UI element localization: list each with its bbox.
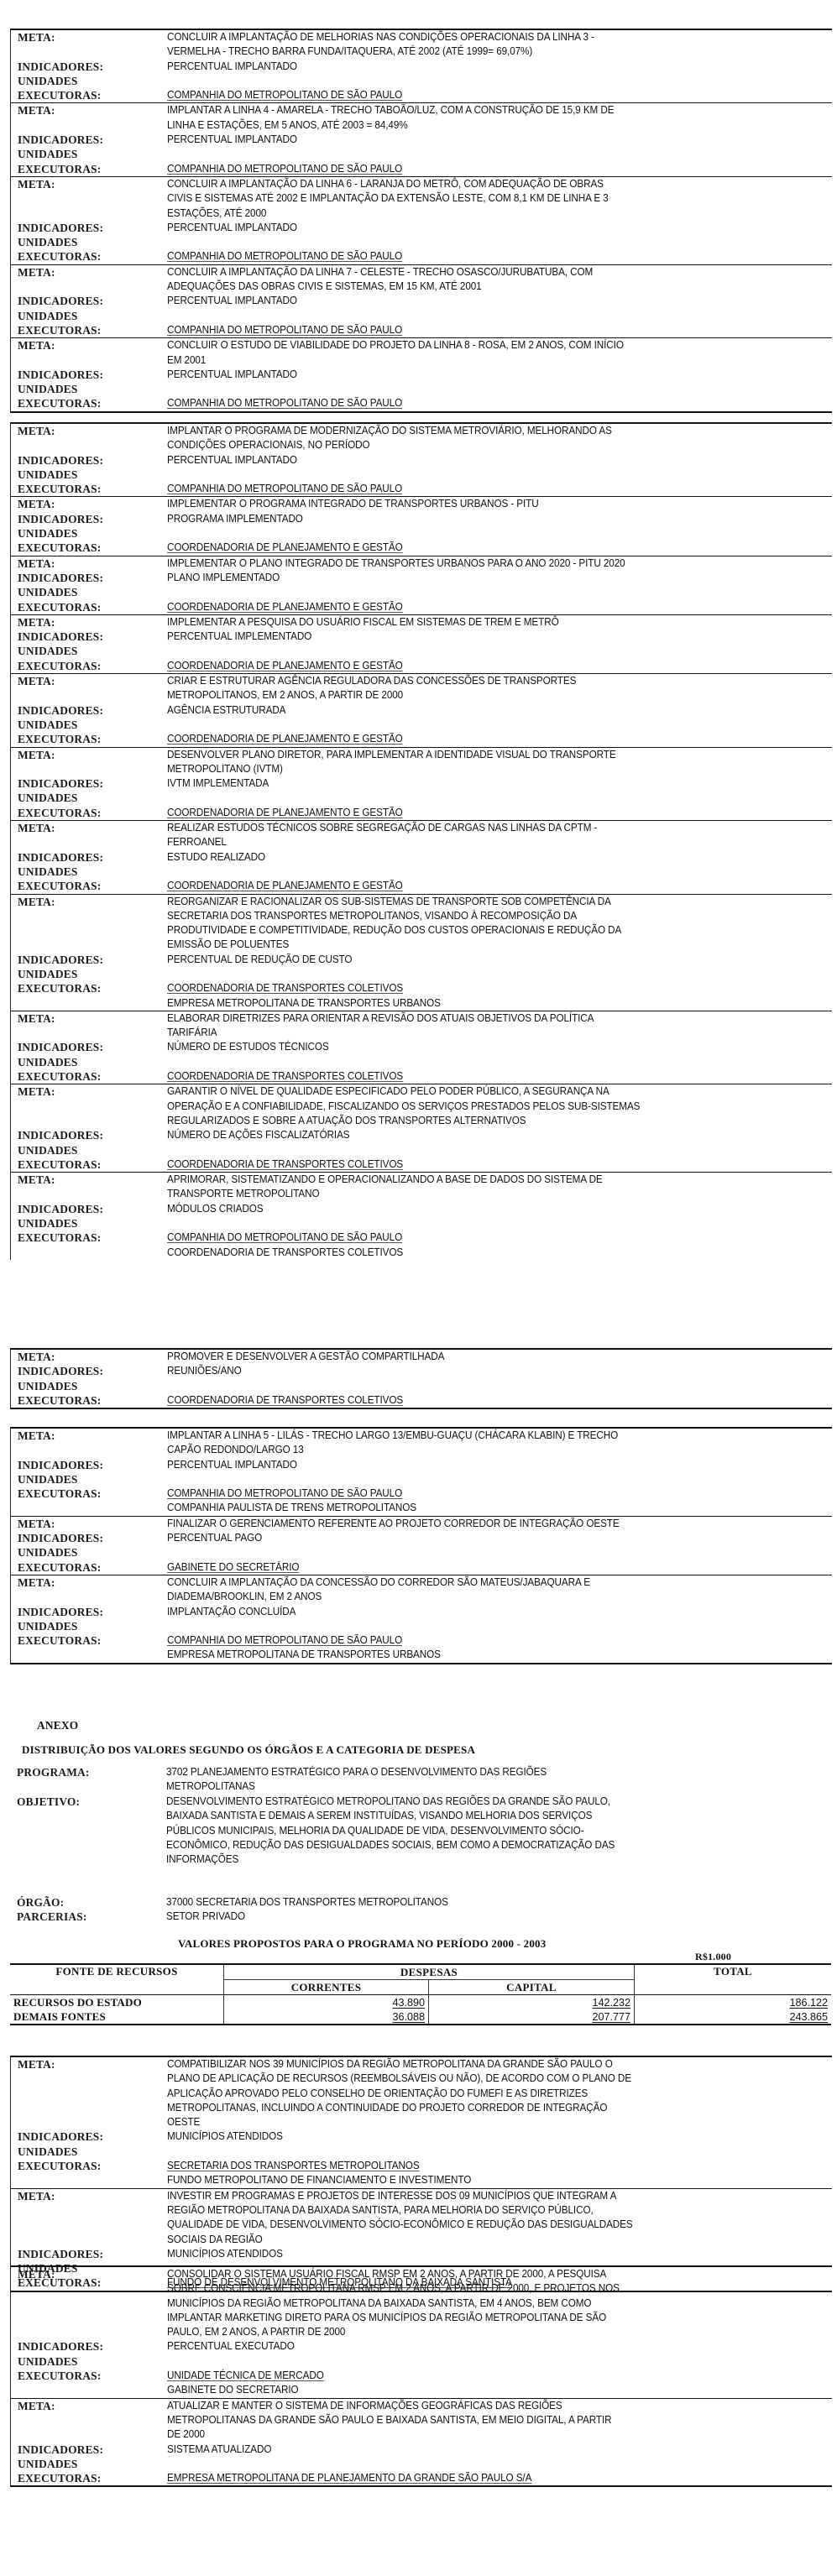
goal-entry: META:IMPLANTAR O PROGRAMA DE MODERNIZAÇÃ…	[11, 424, 832, 496]
goal-entry: META:IMPLEMENTAR A PESQUISA DO USUÁRIO F…	[11, 614, 832, 673]
goal-entry: META:IMPLEMENTAR O PLANO INTEGRADO DE TR…	[11, 556, 832, 614]
currency-unit: R$1.000	[695, 1951, 731, 1963]
indicadores-value: MÓDULOS CRIADOS	[167, 1202, 786, 1216]
indicadores-label: INDICADORES:	[11, 368, 167, 382]
meta-row: META:APRIMORAR, SISTEMATIZANDO E OPERACI…	[11, 1173, 832, 1202]
unidades-row: UNIDADES	[11, 1143, 832, 1157]
goal-entry: META:CONCLUIR O ESTUDO DE VIABILIDADE DO…	[11, 337, 832, 410]
meta-row: META:REORGANIZAR E RACIONALIZAR OS SUB-S…	[11, 895, 832, 953]
meta-label: META:	[11, 1173, 167, 1187]
unidades-label: UNIDADES	[11, 468, 167, 482]
unidades-label: UNIDADES	[11, 644, 167, 658]
meta-row: META:CONSOLIDAR O SISTEMA USUÁRIO FISCAL…	[11, 2267, 832, 2339]
anexo-subtitle: DISTRIBUIÇÃO DOS VALORES SEGUNDO OS ÓRGÃ…	[22, 1743, 475, 1757]
unidades-label: UNIDADES	[11, 2354, 167, 2369]
meta-label: META:	[11, 497, 167, 511]
meta-label: META:	[11, 1011, 167, 1026]
executoras-value: COORDENADORIA DE PLANEJAMENTO E GESTÃO	[167, 600, 786, 614]
executoras-label: EXECUTORAS:	[11, 162, 167, 176]
indicadores-row: INDICADORES:PERCENTUAL IMPLANTADO	[11, 133, 832, 147]
programa-value: 3702 PLANEJAMENTO ESTRATÉGICO PARA O DES…	[166, 1765, 786, 1795]
goal-entry: META:DESENVOLVER PLANO DIRETOR, PARA IMP…	[11, 747, 832, 820]
header-fonte: FONTE DE RECURSOS	[10, 1964, 224, 1995]
meta-row: META:IMPLANTAR A LINHA 4 - AMARELA - TRE…	[11, 103, 832, 133]
indicadores-label: INDICADORES:	[11, 630, 167, 644]
meta-label: META:	[11, 748, 167, 762]
indicadores-row: INDICADORES:PERCENTUAL IMPLEMENTADO	[11, 630, 832, 644]
meta-label: META:	[11, 821, 167, 835]
executoras-row: EXECUTORAS:COMPANHIA DO METROPOLITANO DE…	[11, 88, 832, 102]
meta-row: META:CONCLUIR A IMPLANTAÇÃO DA LINHA 6 -…	[11, 177, 832, 221]
executoras-row: EXECUTORAS:COORDENADORIA DE PLANEJAMENTO…	[11, 732, 832, 746]
header-despesas: DESPESAS	[224, 1964, 635, 1980]
executoras-value: EMPRESA METROPOLITANA DE PLANEJAMENTO DA…	[167, 2471, 786, 2485]
executoras-row: EXECUTORAS:COORDENADORIA DE PLANEJAMENTO…	[11, 600, 832, 614]
indicadores-value: PERCENTUAL IMPLANTADO	[167, 221, 786, 235]
meta-row: META:DESENVOLVER PLANO DIRETOR, PARA IMP…	[11, 748, 832, 777]
indicadores-row: INDICADORES:PERCENTUAL IMPLANTADO	[11, 368, 832, 382]
goals-block-information: META:CONSOLIDAR O SISTEMA USUÁRIO FISCAL…	[10, 2265, 832, 2487]
executoras-row: EXECUTORAS:COMPANHIA DO METROPOLITANO DE…	[11, 482, 832, 496]
indicadores-label: INDICADORES:	[11, 453, 167, 468]
indicadores-label: INDICADORES:	[11, 1202, 167, 1216]
meta-value: CONCLUIR A IMPLANTAÇÃO DA LINHA 7 - CELE…	[167, 265, 786, 295]
unidades-row: UNIDADES	[11, 147, 832, 161]
meta-label: META:	[11, 424, 167, 438]
unidades-label: UNIDADES	[11, 1379, 167, 1393]
indicadores-label: INDICADORES:	[11, 133, 167, 147]
meta-label: META:	[11, 265, 167, 280]
goal-entry: META:APRIMORAR, SISTEMATIZANDO E OPERACI…	[11, 1172, 832, 1260]
meta-value: PROMOVER E DESENVOLVER A GESTÃO COMPARTI…	[167, 1350, 786, 1364]
indicadores-label: INDICADORES:	[11, 953, 167, 967]
indicadores-label: INDICADORES:	[11, 2129, 167, 2144]
meta-value: CONCLUIR A IMPLANTAÇÃO DA CONCESSÃO DO C…	[167, 1575, 786, 1605]
unidades-label: UNIDADES	[11, 382, 167, 396]
meta-row: META:ATUALIZAR E MANTER O SISTEMA DE INF…	[11, 2399, 832, 2443]
meta-value: IMPLANTAR A LINHA 4 - AMARELA - TRECHO T…	[167, 103, 786, 133]
meta-row: META:IMPLANTAR O PROGRAMA DE MODERNIZAÇÃ…	[11, 424, 832, 453]
meta-label: META:	[11, 895, 167, 909]
indicadores-label: INDICADORES:	[11, 776, 167, 791]
unidades-row: UNIDADES	[11, 1055, 832, 1069]
indicadores-value: SISTEMA ATUALIZADO	[167, 2443, 786, 2457]
goal-entry: META:REALIZAR ESTUDOS TÉCNICOS SOBRE SEG…	[11, 820, 832, 893]
unidades-label: UNIDADES	[11, 309, 167, 323]
executoras-row: EXECUTORAS:GABINETE DO SECRETÁRIO	[11, 1560, 832, 1575]
indicadores-value: PERCENTUAL IMPLEMENTADO	[167, 630, 786, 644]
parcerias-value: SETOR PRIVADO	[166, 1910, 786, 1924]
parcerias-row: PARCERIAS: SETOR PRIVADO	[10, 1910, 833, 1924]
meta-value: CONCLUIR A IMPLANTAÇÃO DA LINHA 6 - LARA…	[167, 177, 786, 221]
header-correntes: CORRENTES	[224, 1980, 429, 1995]
executoras-label: EXECUTORAS:	[11, 323, 167, 337]
executoras-label: EXECUTORAS:	[11, 541, 167, 555]
indicadores-row: INDICADORES:MUNICÍPIOS ATENDIDOS	[11, 2129, 832, 2144]
objetivo-label: OBJETIVO:	[10, 1795, 166, 1867]
indicadores-value: PERCENTUAL IMPLANTADO	[167, 453, 786, 468]
goal-entry: META:ATUALIZAR E MANTER O SISTEMA DE INF…	[11, 2398, 832, 2486]
indicadores-value: PERCENTUAL IMPLANTADO	[167, 133, 786, 147]
executoras-label: EXECUTORAS:	[11, 1393, 167, 1408]
meta-row: META:CONCLUIR O ESTUDO DE VIABILIDADE DO…	[11, 338, 832, 368]
meta-value: IMPLEMENTAR A PESQUISA DO USUÁRIO FISCAL…	[167, 615, 786, 630]
unidades-label: UNIDADES	[11, 235, 167, 249]
objetivo-row: OBJETIVO: DESENVOLVIMENTO ESTRATÉGICO ME…	[10, 1795, 833, 1867]
unidades-row: UNIDADES	[11, 235, 832, 249]
goals-block-corridors: META:IMPLANTAR A LINHA 5 - LILÁS - TRECH…	[10, 1427, 832, 1664]
unidades-row: UNIDADES	[11, 74, 832, 88]
executoras-row: EXECUTORAS:COORDENADORIA DE TRANSPORTES …	[11, 1393, 832, 1408]
indicadores-row: INDICADORES:SISTEMA ATUALIZADO	[11, 2443, 832, 2457]
unidades-row: UNIDADES	[11, 718, 832, 732]
unidades-row: UNIDADES	[11, 1216, 832, 1231]
meta-value: FINALIZAR O GERENCIAMENTO REFERENTE AO P…	[167, 1517, 786, 1531]
executoras-value: COORDENADORIA DE PLANEJAMENTO E GESTÃO	[167, 879, 786, 893]
unidades-label: UNIDADES	[11, 147, 167, 161]
unidades-row: UNIDADES	[11, 1472, 832, 1487]
indicadores-row: INDICADORES:PERCENTUAL IMPLANTADO	[11, 1458, 832, 1472]
meta-value: ATUALIZAR E MANTER O SISTEMA DE INFORMAÇ…	[167, 2399, 786, 2443]
meta-row: META:GARANTIR O NÍVEL DE QUALIDADE ESPEC…	[11, 1084, 832, 1128]
unidades-row: UNIDADES	[11, 1619, 832, 1633]
indicadores-label: INDICADORES:	[11, 2339, 167, 2354]
indicadores-row: INDICADORES:ESTUDO REALIZADO	[11, 850, 832, 865]
unidades-row: UNIDADES	[11, 1545, 832, 1560]
unidades-label: UNIDADES	[11, 1545, 167, 1560]
unidades-row: UNIDADES	[11, 585, 832, 599]
meta-label: META:	[11, 674, 167, 688]
executoras-value: COMPANHIA DO METROPOLITANO DE SÃO PAULO	[167, 396, 786, 410]
meta-label: META:	[11, 1350, 167, 1364]
meta-label: META:	[11, 2399, 167, 2413]
executoras-value: COMPANHIA DO METROPOLITANO DE SÃO PAULO	[167, 88, 786, 102]
indicadores-value: MUNICÍPIOS ATENDIDOS	[167, 2247, 786, 2261]
meta-row: META:CONCLUIR A IMPLANTAÇÃO DA CONCESSÃO…	[11, 1575, 832, 1605]
indicadores-row: INDICADORES:PERCENTUAL IMPLANTADO	[11, 294, 832, 308]
programa-row: PROGRAMA: 3702 PLANEJAMENTO ESTRATÉGICO …	[10, 1765, 833, 1795]
objetivo-value: DESENVOLVIMENTO ESTRATÉGICO METROPOLITAN…	[166, 1795, 786, 1867]
executoras-value: COORDENADORIA DE TRANSPORTES COLETIVOS	[167, 1393, 786, 1408]
executoras-label: EXECUTORAS:	[11, 2471, 167, 2485]
orgao-value: 37000 SECRETARIA DOS TRANSPORTES METROPO…	[166, 1895, 786, 1910]
meta-value: IMPLANTAR O PROGRAMA DE MODERNIZAÇÃO DO …	[167, 424, 786, 453]
indicadores-row: INDICADORES:PERCENTUAL IMPLANTADO	[11, 60, 832, 74]
executoras-label: EXECUTORAS:	[11, 88, 167, 102]
executoras-row: EXECUTORAS:COMPANHIA DO METROPOLITANO DE…	[11, 396, 832, 410]
executoras-label: EXECUTORAS:	[11, 2159, 167, 2173]
meta-value: CRIAR E ESTRUTURAR AGÊNCIA REGULADORA DA…	[167, 674, 786, 703]
meta-row: META:IMPLEMENTAR O PLANO INTEGRADO DE TR…	[11, 556, 832, 571]
executoras-label: EXECUTORAS:	[11, 659, 167, 673]
indicadores-row: INDICADORES:PERCENTUAL PAGO	[11, 1531, 832, 1545]
executoras-row: EXECUTORAS:COORDENADORIA DE PLANEJAMENTO…	[11, 879, 832, 893]
unidades-label: UNIDADES	[11, 967, 167, 981]
executoras-row: EXECUTORAS:COMPANHIA DO METROPOLITANO DE…	[11, 1231, 832, 1260]
indicadores-row: INDICADORES:MÓDULOS CRIADOS	[11, 1202, 832, 1216]
orgao-row: ÓRGÃO: 37000 SECRETARIA DOS TRANSPORTES …	[10, 1895, 833, 1910]
table-title: VALORES PROPOSTOS PARA O PROGRAMA NO PER…	[178, 1937, 546, 1951]
meta-value: REORGANIZAR E RACIONALIZAR OS SUB-SISTEM…	[167, 895, 786, 953]
meta-row: META:IMPLEMENTAR A PESQUISA DO USUÁRIO F…	[11, 615, 832, 630]
meta-row: META:CONCLUIR A IMPLANTAÇÃO DA LINHA 7 -…	[11, 265, 832, 295]
meta-label: META:	[11, 2189, 167, 2203]
meta-value: COMPATIBILIZAR NOS 39 MUNICÍPIOS DA REGI…	[167, 2057, 786, 2129]
meta-value: REALIZAR ESTUDOS TÉCNICOS SOBRE SEGREGAÇ…	[167, 821, 786, 850]
meta-row: META:COMPATIBILIZAR NOS 39 MUNICÍPIOS DA…	[11, 2057, 832, 2129]
executoras-label: EXECUTORAS:	[11, 1157, 167, 1172]
goal-entry: META:FINALIZAR O GERENCIAMENTO REFERENTE…	[11, 1516, 832, 1575]
unidades-row: UNIDADES	[11, 2354, 832, 2369]
goal-entry: META:IMPLEMENTAR O PROGRAMA INTEGRADO DE…	[11, 496, 832, 555]
table-row: DEMAIS FONTES36.088207.777243.865	[10, 2009, 831, 2025]
indicadores-value: PERCENTUAL PAGO	[167, 1531, 786, 1545]
unidades-label: UNIDADES	[11, 1143, 167, 1157]
executoras-label: EXECUTORAS:	[11, 806, 167, 820]
executoras-row: EXECUTORAS:COMPANHIA DO METROPOLITANO DE…	[11, 249, 832, 264]
executoras-label: EXECUTORAS:	[11, 732, 167, 746]
executoras-label: EXECUTORAS:	[11, 249, 167, 264]
goals-block-metro-lines: META:CONCLUIR A IMPLANTAÇÃO DE MELHORIAS…	[10, 29, 832, 413]
unidades-label: UNIDADES	[11, 2457, 167, 2471]
executoras-label: EXECUTORAS:	[11, 482, 167, 496]
indicadores-value: PERCENTUAL IMPLANTADO	[167, 60, 786, 74]
executoras-value: SECRETARIA DOS TRANSPORTES METROPOLITANO…	[167, 2159, 786, 2188]
meta-row: META:REALIZAR ESTUDOS TÉCNICOS SOBRE SEG…	[11, 821, 832, 850]
indicadores-row: INDICADORES:PERCENTUAL IMPLANTADO	[11, 453, 832, 468]
goal-entry: META:PROMOVER E DESENVOLVER A GESTÃO COM…	[11, 1350, 832, 1408]
indicadores-row: INDICADORES:PERCENTUAL IMPLANTADO	[11, 221, 832, 235]
meta-label: META:	[11, 30, 167, 44]
unidades-label: UNIDADES	[11, 1216, 167, 1231]
unidades-label: UNIDADES	[11, 718, 167, 732]
header-total: TOTAL	[635, 1964, 832, 1995]
indicadores-row: INDICADORES:MUNICÍPIOS ATENDIDOS	[11, 2247, 832, 2261]
indicadores-label: INDICADORES:	[11, 1128, 167, 1142]
indicadores-value: PERCENTUAL IMPLANTADO	[167, 294, 786, 308]
indicadores-value: IVTM IMPLEMENTADA	[167, 776, 786, 791]
indicadores-label: INDICADORES:	[11, 2247, 167, 2261]
executoras-row: EXECUTORAS:COORDENADORIA DE PLANEJAMENTO…	[11, 806, 832, 820]
unidades-row: UNIDADES	[11, 644, 832, 658]
meta-label: META:	[11, 1575, 167, 1590]
unidades-row: UNIDADES	[11, 382, 832, 396]
goal-entry: META:REORGANIZAR E RACIONALIZAR OS SUB-S…	[11, 894, 832, 1011]
programa-label: PROGRAMA:	[10, 1765, 166, 1795]
indicadores-label: INDICADORES:	[11, 1458, 167, 1472]
indicadores-label: INDICADORES:	[11, 1040, 167, 1054]
executoras-value: COORDENADORIA DE PLANEJAMENTO E GESTÃO	[167, 541, 786, 555]
indicadores-row: INDICADORES:NÚMERO DE ESTUDOS TÉCNICOS	[11, 1040, 832, 1054]
executoras-value: COMPANHIA DO METROPOLITANO DE SÃO PAULO	[167, 323, 786, 337]
meta-row: META:IMPLEMENTAR O PROGRAMA INTEGRADO DE…	[11, 497, 832, 511]
indicadores-row: INDICADORES:PERCENTUAL EXECUTADO	[11, 2339, 832, 2354]
meta-row: META:INVESTIR EM PROGRAMAS E PROJETOS DE…	[11, 2189, 832, 2247]
indicadores-value: REUNIÕES/ANO	[167, 1364, 786, 1378]
indicadores-row: INDICADORES:AGÊNCIA ESTRUTURADA	[11, 703, 832, 718]
meta-row: META:FINALIZAR O GERENCIAMENTO REFERENTE…	[11, 1517, 832, 1531]
indicadores-row: INDICADORES:REUNIÕES/ANO	[11, 1364, 832, 1378]
meta-value: ELABORAR DIRETRIZES PARA ORIENTAR A REVI…	[167, 1011, 786, 1041]
unidades-row: UNIDADES	[11, 2145, 832, 2159]
unidades-label: UNIDADES	[11, 1619, 167, 1633]
parcerias-label: PARCERIAS:	[10, 1910, 166, 1924]
meta-value: CONSOLIDAR O SISTEMA USUÁRIO FISCAL RMSP…	[167, 2267, 786, 2339]
indicadores-label: INDICADORES:	[11, 1531, 167, 1545]
unidades-row: UNIDADES	[11, 865, 832, 879]
unidades-row: UNIDADES	[11, 2457, 832, 2471]
indicadores-value: ESTUDO REALIZADO	[167, 850, 786, 865]
meta-value: IMPLEMENTAR O PLANO INTEGRADO DE TRANSPO…	[167, 556, 786, 571]
unidades-label: UNIDADES	[11, 585, 167, 599]
meta-label: META:	[11, 2057, 167, 2072]
goal-entry: META:CRIAR E ESTRUTURAR AGÊNCIA REGULADO…	[11, 673, 832, 746]
indicadores-label: INDICADORES:	[11, 221, 167, 235]
unidades-label: UNIDADES	[11, 526, 167, 541]
meta-label: META:	[11, 1429, 167, 1443]
meta-label: META:	[11, 177, 167, 191]
executoras-value: COORDENADORIA DE TRANSPORTES COLETIVOSEM…	[167, 981, 786, 1011]
executoras-label: EXECUTORAS:	[11, 600, 167, 614]
indicadores-row: INDICADORES:PLANO IMPLEMENTADO	[11, 571, 832, 585]
meta-row: META:CONCLUIR A IMPLANTAÇÃO DE MELHORIAS…	[11, 30, 832, 60]
goal-entry: META:CONCLUIR A IMPLANTAÇÃO DA CONCESSÃO…	[11, 1575, 832, 1663]
unidades-row: UNIDADES	[11, 309, 832, 323]
indicadores-row: INDICADORES:PROGRAMA IMPLEMENTADO	[11, 512, 832, 526]
executoras-label: EXECUTORAS:	[11, 1633, 167, 1648]
indicadores-value: IMPLANTAÇÃO CONCLUÍDA	[167, 1605, 786, 1619]
indicadores-value: PERCENTUAL EXECUTADO	[167, 2339, 786, 2354]
executoras-row: EXECUTORAS:EMPRESA METROPOLITANA DE PLAN…	[11, 2471, 832, 2485]
goals-block-shared-management: META:PROMOVER E DESENVOLVER A GESTÃO COM…	[10, 1348, 832, 1409]
indicadores-value: PERCENTUAL DE REDUÇÃO DE CUSTO	[167, 953, 786, 967]
executoras-value: COMPANHIA DO METROPOLITANO DE SÃO PAULO	[167, 249, 786, 264]
meta-value: CONCLUIR O ESTUDO DE VIABILIDADE DO PROJ…	[167, 338, 786, 368]
meta-row: META:CRIAR E ESTRUTURAR AGÊNCIA REGULADO…	[11, 674, 832, 703]
meta-value: IMPLEMENTAR O PROGRAMA INTEGRADO DE TRAN…	[167, 497, 786, 511]
unidades-row: UNIDADES	[11, 468, 832, 482]
meta-label: META:	[11, 2267, 167, 2281]
meta-value: GARANTIR O NÍVEL DE QUALIDADE ESPECIFICA…	[167, 1084, 786, 1128]
indicadores-value: PROGRAMA IMPLEMENTADO	[167, 512, 786, 526]
executoras-value: COMPANHIA DO METROPOLITANO DE SÃO PAULOC…	[167, 1487, 786, 1516]
executoras-value: COMPANHIA DO METROPOLITANO DE SÃO PAULOE…	[167, 1633, 786, 1663]
executoras-value: COORDENADORIA DE TRANSPORTES COLETIVOS	[167, 1157, 786, 1172]
goal-entry: META:GARANTIR O NÍVEL DE QUALIDADE ESPEC…	[11, 1084, 832, 1172]
executoras-label: EXECUTORAS:	[11, 396, 167, 410]
goal-entry: META:IMPLANTAR A LINHA 5 - LILÁS - TRECH…	[11, 1429, 832, 1516]
indicadores-row: INDICADORES:NÚMERO DE AÇÕES FISCALIZATÓR…	[11, 1128, 832, 1142]
table-row: RECURSOS DO ESTADO43.890142.232186.122	[10, 1995, 831, 2010]
executoras-value: GABINETE DO SECRETÁRIO	[167, 1560, 786, 1575]
unidades-label: UNIDADES	[11, 2145, 167, 2159]
executoras-label: EXECUTORAS:	[11, 2369, 167, 2383]
indicadores-value: NÚMERO DE AÇÕES FISCALIZATÓRIAS	[167, 1128, 786, 1142]
header-capital: CAPITAL	[429, 1980, 635, 1995]
meta-label: META:	[11, 556, 167, 571]
executoras-label: EXECUTORAS:	[11, 879, 167, 893]
meta-value: CONCLUIR A IMPLANTAÇÃO DE MELHORIAS NAS …	[167, 30, 786, 60]
indicadores-row: INDICADORES:IMPLANTAÇÃO CONCLUÍDA	[11, 1605, 832, 1619]
goal-entry: META:CONCLUIR A IMPLANTAÇÃO DA LINHA 6 -…	[11, 176, 832, 264]
meta-row: META:ELABORAR DIRETRIZES PARA ORIENTAR A…	[11, 1011, 832, 1041]
goal-entry: META:IMPLANTAR A LINHA 4 - AMARELA - TRE…	[11, 102, 832, 175]
unidades-row: UNIDADES	[11, 791, 832, 805]
indicadores-row: INDICADORES:PERCENTUAL DE REDUÇÃO DE CUS…	[11, 953, 832, 967]
meta-label: META:	[11, 1517, 167, 1531]
executoras-row: EXECUTORAS:COORDENADORIA DE PLANEJAMENTO…	[11, 659, 832, 673]
values-table: FONTE DE RECURSOS DESPESAS TOTAL CORRENT…	[10, 1963, 831, 2025]
unidades-label: UNIDADES	[11, 865, 167, 879]
goal-entry: META:COMPATIBILIZAR NOS 39 MUNICÍPIOS DA…	[11, 2057, 832, 2188]
indicadores-label: INDICADORES:	[11, 571, 167, 585]
goals-block-municipal-funds: META:COMPATIBILIZAR NOS 39 MUNICÍPIOS DA…	[10, 2056, 832, 2292]
indicadores-row: INDICADORES:IVTM IMPLEMENTADA	[11, 776, 832, 791]
executoras-row: EXECUTORAS:COMPANHIA DO METROPOLITANO DE…	[11, 162, 832, 176]
indicadores-label: INDICADORES:	[11, 850, 167, 865]
executoras-label: EXECUTORAS:	[11, 1069, 167, 1084]
executoras-value: UNIDADE TÉCNICA DE MERCADOGABINETE DO SE…	[167, 2369, 786, 2398]
meta-value: INVESTIR EM PROGRAMAS E PROJETOS DE INTE…	[167, 2189, 786, 2247]
executoras-label: EXECUTORAS:	[11, 1231, 167, 1245]
meta-label: META:	[11, 615, 167, 630]
executoras-row: EXECUTORAS:COMPANHIA DO METROPOLITANO DE…	[11, 1487, 832, 1516]
meta-value: APRIMORAR, SISTEMATIZANDO E OPERACIONALI…	[167, 1173, 786, 1202]
unidades-row: UNIDADES	[11, 1379, 832, 1393]
unidades-row: UNIDADES	[11, 526, 832, 541]
indicadores-value: AGÊNCIA ESTRUTURADA	[167, 703, 786, 718]
unidades-label: UNIDADES	[11, 791, 167, 805]
executoras-row: EXECUTORAS:SECRETARIA DOS TRANSPORTES ME…	[11, 2159, 832, 2188]
orgao-label: ÓRGÃO:	[10, 1895, 166, 1910]
meta-row: META:PROMOVER E DESENVOLVER A GESTÃO COM…	[11, 1350, 832, 1364]
executoras-row: EXECUTORAS:COORDENADORIA DE PLANEJAMENTO…	[11, 541, 832, 555]
executoras-row: EXECUTORAS:COMPANHIA DO METROPOLITANO DE…	[11, 323, 832, 337]
executoras-value: COORDENADORIA DE PLANEJAMENTO E GESTÃO	[167, 806, 786, 820]
executoras-value: COORDENADORIA DE PLANEJAMENTO E GESTÃO	[167, 659, 786, 673]
meta-row: META:IMPLANTAR A LINHA 5 - LILÁS - TRECH…	[11, 1429, 832, 1458]
anexo-title: ANEXO	[37, 1719, 78, 1732]
executoras-value: COMPANHIA DO METROPOLITANO DE SÃO PAULO	[167, 162, 786, 176]
indicadores-label: INDICADORES:	[11, 512, 167, 526]
goal-entry: META:CONCLUIR A IMPLANTAÇÃO DE MELHORIAS…	[11, 30, 832, 102]
executoras-row: EXECUTORAS:COORDENADORIA DE TRANSPORTES …	[11, 981, 832, 1011]
indicadores-value: PERCENTUAL IMPLANTADO	[167, 1458, 786, 1472]
goal-entry: META:CONSOLIDAR O SISTEMA USUÁRIO FISCAL…	[11, 2267, 832, 2398]
indicadores-label: INDICADORES:	[11, 1605, 167, 1619]
indicadores-label: INDICADORES:	[11, 703, 167, 718]
indicadores-value: PLANO IMPLEMENTADO	[167, 571, 786, 585]
executoras-label: EXECUTORAS:	[11, 1487, 167, 1501]
executoras-row: EXECUTORAS:COORDENADORIA DE TRANSPORTES …	[11, 1157, 832, 1172]
meta-label: META:	[11, 1084, 167, 1099]
unidades-label: UNIDADES	[11, 1472, 167, 1487]
executoras-row: EXECUTORAS:COORDENADORIA DE TRANSPORTES …	[11, 1069, 832, 1084]
unidades-label: UNIDADES	[11, 1055, 167, 1069]
indicadores-label: INDICADORES:	[11, 2443, 167, 2457]
indicadores-label: INDICADORES:	[11, 1364, 167, 1378]
goal-entry: META:CONCLUIR A IMPLANTAÇÃO DA LINHA 7 -…	[11, 264, 832, 337]
unidades-row: UNIDADES	[11, 967, 832, 981]
executoras-label: EXECUTORAS:	[11, 1560, 167, 1575]
executoras-value: COORDENADORIA DE PLANEJAMENTO E GESTÃO	[167, 732, 786, 746]
goals-block-planning: META:IMPLANTAR O PROGRAMA DE MODERNIZAÇÃ…	[10, 422, 832, 1260]
indicadores-value: NÚMERO DE ESTUDOS TÉCNICOS	[167, 1040, 786, 1054]
meta-label: META:	[11, 338, 167, 353]
executoras-value: COMPANHIA DO METROPOLITANO DE SÃO PAULO	[167, 482, 786, 496]
executoras-row: EXECUTORAS:UNIDADE TÉCNICA DE MERCADOGAB…	[11, 2369, 832, 2398]
executoras-label: EXECUTORAS:	[11, 981, 167, 995]
